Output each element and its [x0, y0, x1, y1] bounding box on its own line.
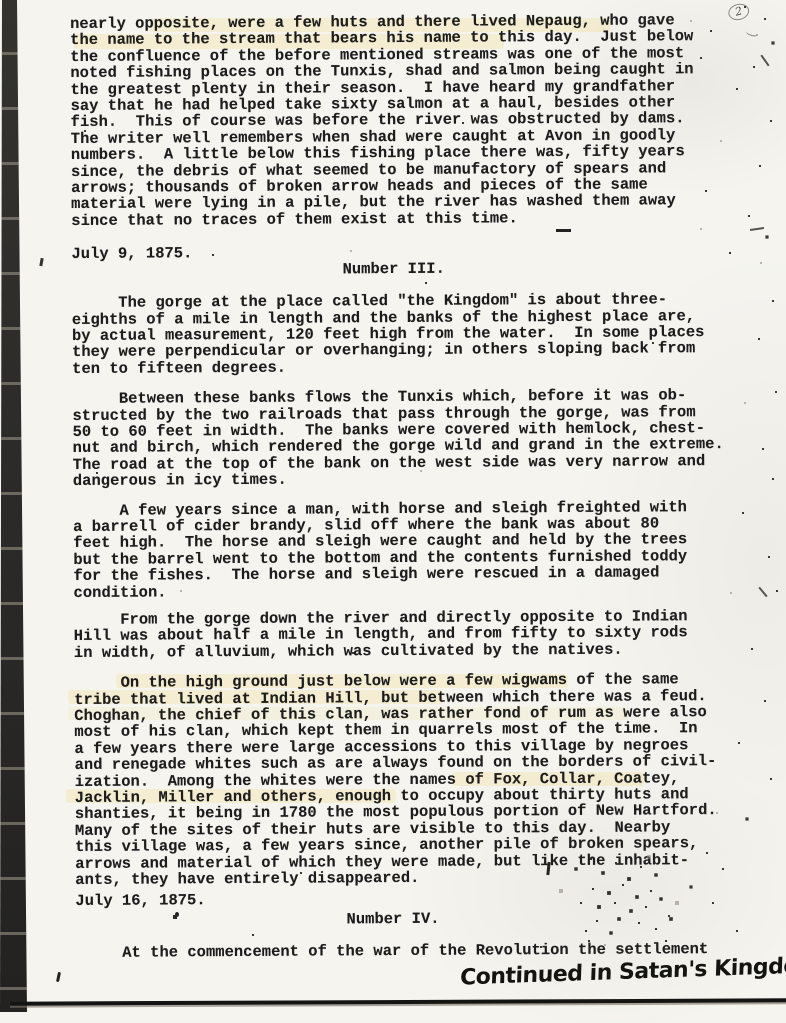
- handwritten-note: Continued in Satan's Kingdom 2: [460, 954, 781, 990]
- scan-noise-light: [0, 0, 2, 2]
- section-heading-2: Number IV.: [75, 909, 779, 930]
- paragraph-4: A few years since a man, with horse and …: [73, 498, 778, 601]
- paragraph-3: Between these banks flows the Tunxis whi…: [72, 387, 777, 490]
- document-body: nearly opposite, were a few huts and the…: [70, 12, 780, 962]
- scan-bottom-edge: [10, 998, 786, 1005]
- paragraph-5: From the gorge down the river and direct…: [74, 608, 778, 662]
- stray-pen-mark: [556, 229, 571, 232]
- scan-left-edge: [0, 0, 28, 1012]
- stray-pen-mark: [39, 258, 43, 266]
- paragraph-1: nearly opposite, were a few huts and the…: [70, 12, 775, 230]
- stray-pen-mark: [56, 972, 61, 982]
- scan-noise: [0, 0, 2, 2]
- scanned-document-page: nearly opposite, were a few huts and the…: [0, 0, 786, 1023]
- dateline-2: July 16, 1875.: [75, 888, 779, 909]
- paragraph-6: On the high ground just below were a few…: [74, 671, 779, 889]
- stray-pen-mark: [175, 912, 179, 917]
- paragraph-2: The gorge at the place called "the Kingd…: [72, 291, 776, 377]
